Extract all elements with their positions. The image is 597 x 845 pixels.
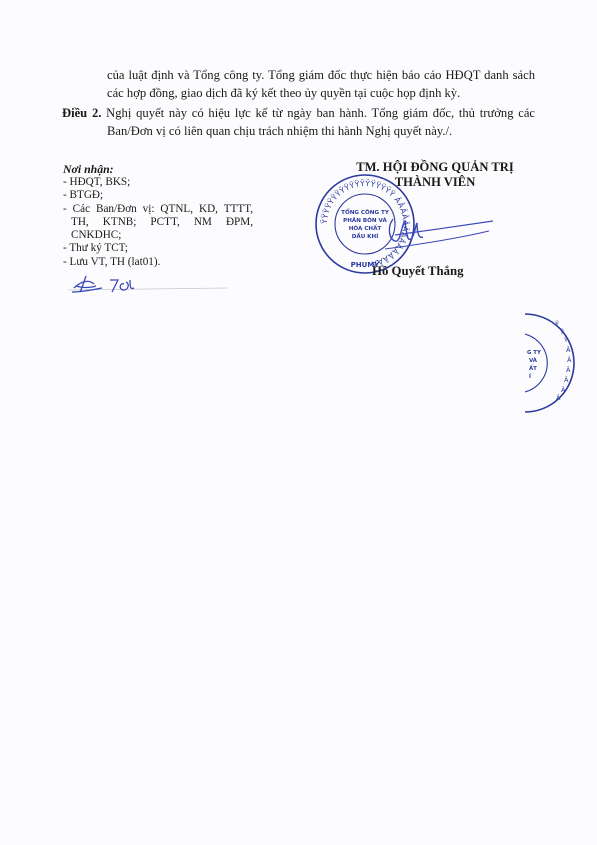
svg-text:Â: Â — [556, 393, 561, 402]
half-seal-icon: G TY VÀ ẤT Í ŸŸŸ ÂÂÂ ÂÂÂ — [525, 312, 575, 414]
half-seal-fragment: Í — [529, 372, 531, 380]
svg-text:Ÿ: Ÿ — [554, 319, 559, 328]
half-seal-fragment: ẤT — [529, 364, 537, 372]
svg-text:Â: Â — [566, 365, 571, 374]
article-2-line2: Ban/Đơn vị có liên quan chịu trách nhiệm… — [62, 122, 535, 140]
recipient-item: - Các Ban/Đơn vị: QTNL, KD, TTTT, — [63, 203, 253, 216]
svg-text:Â: Â — [564, 375, 569, 384]
seal-line: PHÂN BÓN VÀ — [343, 217, 387, 224]
article-2-text: Nghị quyết này có hiệu lực kể từ ngày ba… — [106, 106, 535, 120]
seal-line: DẦU KHÍ — [352, 231, 379, 240]
svg-text:Ÿ: Ÿ — [559, 327, 564, 336]
svg-text:Â: Â — [567, 355, 572, 364]
seal-line: HÓA CHẤT — [349, 224, 382, 232]
continuation-paragraph: của luật định và Tổng công ty. Tổng giám… — [107, 66, 535, 102]
recipients-title: Nơi nhận: — [63, 162, 253, 176]
recipient-item-continued: TH, KTNB; PCTT, NM ĐPM, — [63, 216, 253, 229]
article-2: Điều 2. Nghị quyết này có hiệu lực kể từ… — [62, 104, 535, 140]
recipient-item: - Thư ký TCT; — [63, 242, 253, 255]
seal-line: TỔNG CÔNG TY — [341, 208, 390, 216]
signer-name: Hồ Quyết Thắng — [372, 264, 464, 279]
recipient-item-continued: CNKDHC; — [63, 229, 253, 242]
svg-text:Â: Â — [561, 385, 566, 394]
half-seal-fragment: VÀ — [529, 357, 538, 364]
svg-text:Â: Â — [566, 345, 571, 354]
article-2-label: Điều 2. — [62, 106, 101, 120]
initials-icon — [68, 274, 228, 296]
recipient-item: - BTGĐ; — [63, 189, 253, 202]
recipient-item: - Lưu VT, TH (lat01). — [63, 256, 253, 269]
half-seal-fragment: G TY — [527, 350, 541, 356]
recipients-list: Nơi nhận: - HĐQT, BKS; - BTGĐ; - Các Ban… — [63, 162, 253, 269]
article-2-line1: Điều 2. Nghị quyết này có hiệu lực kể từ… — [62, 104, 535, 122]
signature-icon — [385, 205, 495, 250]
svg-text:Ÿ: Ÿ — [563, 335, 568, 344]
recipient-item: - HĐQT, BKS; — [63, 176, 253, 189]
